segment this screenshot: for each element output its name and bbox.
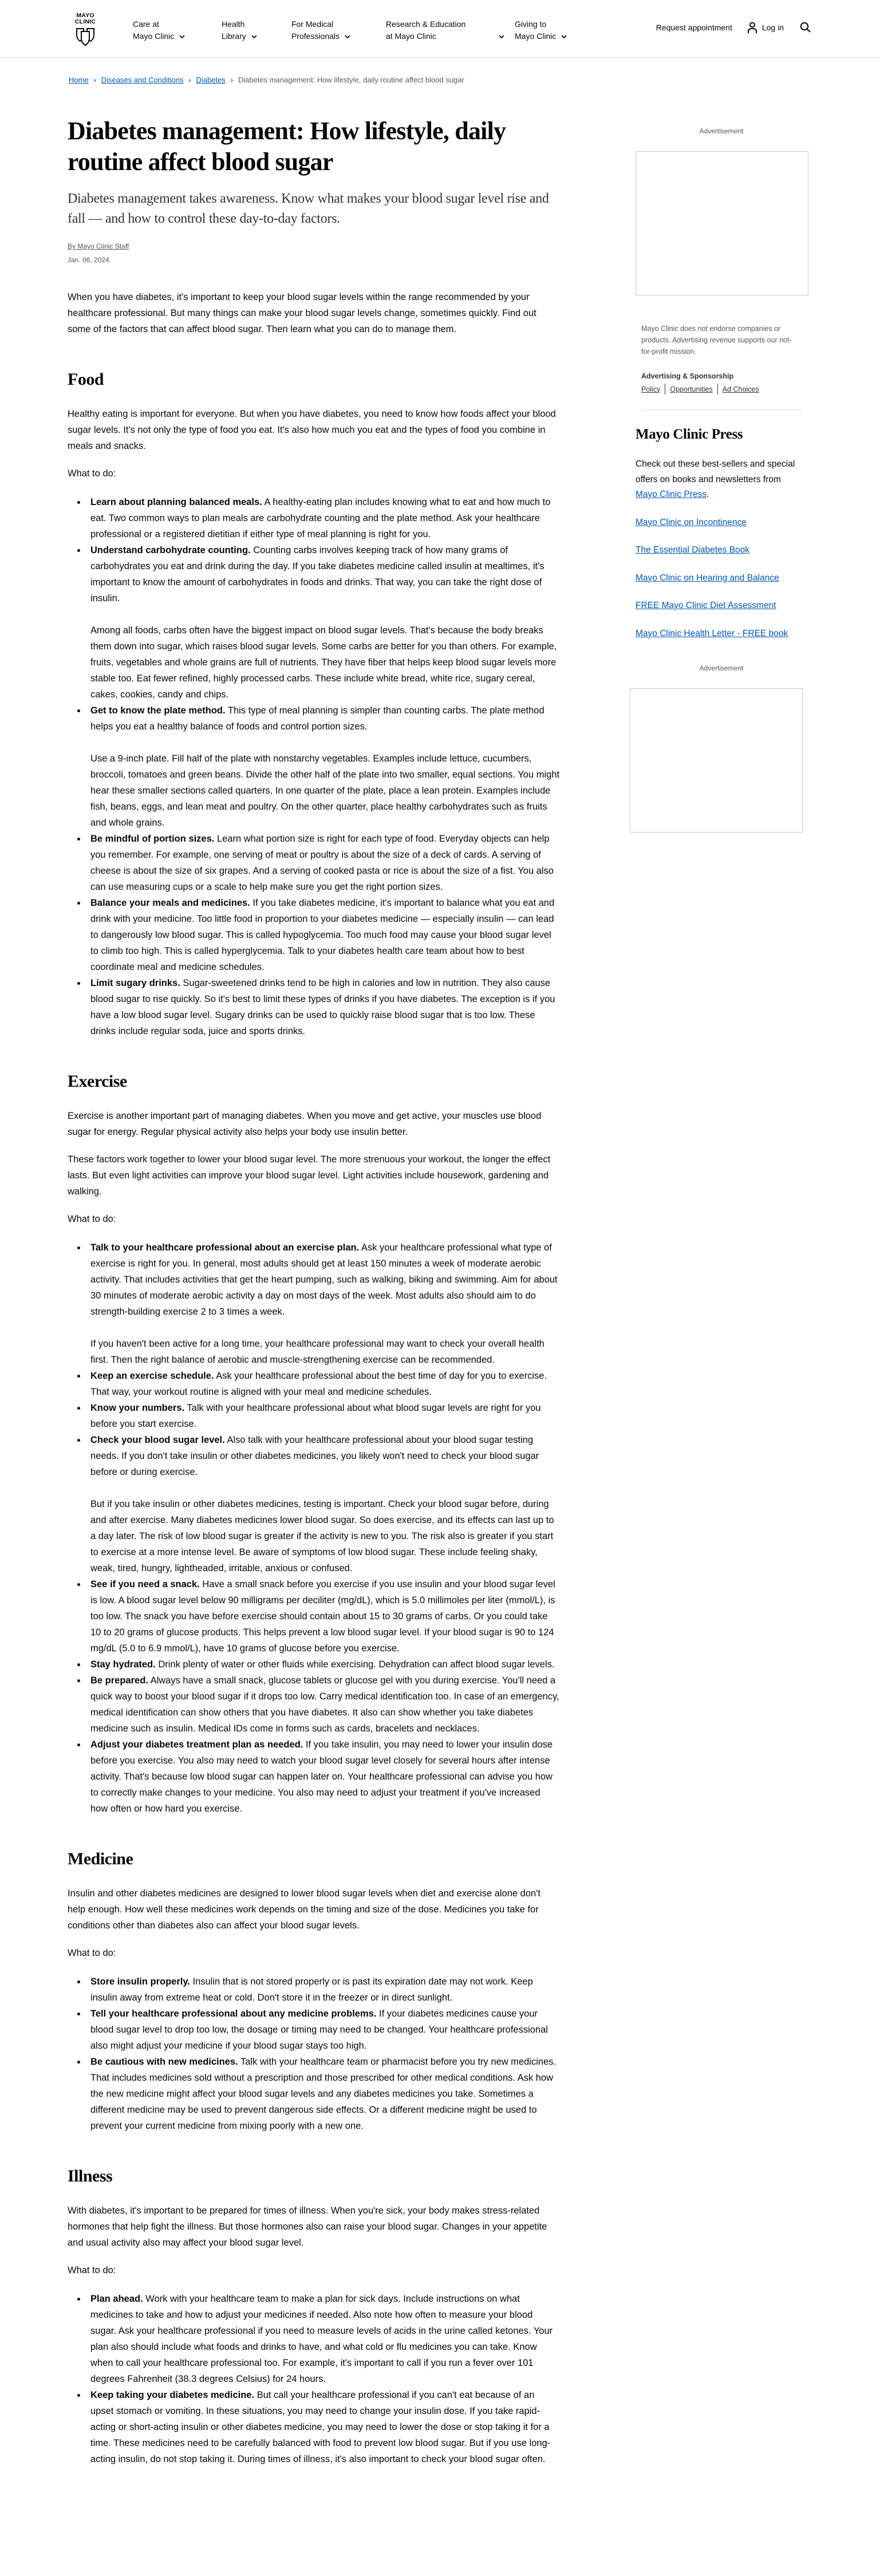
tip-title: Plan ahead. <box>90 2294 143 2304</box>
tip-title: Balance your meals and medicines. <box>90 898 250 908</box>
search-button[interactable] <box>800 22 811 33</box>
tip-text: Work with your healthcare team to make a… <box>90 2294 553 2384</box>
list-item: Get to know the plate method. This type … <box>90 703 560 831</box>
ad-opportunities-link[interactable]: Opportunities <box>670 385 712 393</box>
press-book-link[interactable]: The Essential Diabetes Book <box>636 545 749 555</box>
ad-sponsorship-title: Advertising & Sponsorship <box>636 372 807 380</box>
what-to-do-label: What to do: <box>68 466 560 482</box>
list-item: Be cautious with new medicines. Talk wit… <box>90 2054 560 2134</box>
section-paragraph: These factors work together to lower you… <box>68 1151 560 1200</box>
tip-extra-paragraph: But if you take insulin or other diabete… <box>90 1496 560 1576</box>
page-title: Diabetes management: How lifestyle, dail… <box>68 116 560 177</box>
list-item: Know your numbers. Talk with your health… <box>90 1400 560 1432</box>
nav-label-line2: Mayo Clinic <box>515 30 556 42</box>
article-dek: Diabetes management takes awareness. Kno… <box>68 189 560 229</box>
ad-disclaimer: Mayo Clinic does not endorse companies o… <box>636 323 802 357</box>
chevron-right-icon: › <box>231 76 233 84</box>
tips-list: Talk to your healthcare professional abo… <box>68 1240 560 1817</box>
mayo-clinic-logo[interactable]: MAYO CLINIC <box>71 13 100 46</box>
ad-links: Policy Opportunities Ad Choices <box>636 384 807 395</box>
what-to-do-label: What to do: <box>68 1945 560 1961</box>
request-appointment-link[interactable]: Request appointment <box>656 23 732 32</box>
ad-policy-link[interactable]: Policy <box>641 385 660 393</box>
tip-text: Have a small snack before you exercise i… <box>90 1579 555 1654</box>
section-paragraph: Exercise is another important part of ma… <box>68 1108 560 1140</box>
main-nav: Care atMayo Clinic HealthLibrary For Med… <box>133 18 606 42</box>
nav-health-library[interactable]: HealthLibrary <box>222 18 291 42</box>
tip-title: Check your blood sugar level. <box>90 1435 225 1445</box>
section-heading: Medicine <box>68 1849 560 1869</box>
breadcrumb-current: Diabetes management: How lifestyle, dail… <box>238 76 464 84</box>
shields-icon <box>75 27 96 46</box>
breadcrumb-diseases-and-conditions[interactable]: Diseases and Conditions <box>101 76 184 84</box>
intro-paragraph: When you have diabetes, it's important t… <box>68 289 560 337</box>
list-item: Balance your meals and medicines. If you… <box>90 895 560 975</box>
ad-label: Advertisement <box>636 664 807 672</box>
article-sections: FoodHealthy eating is important for ever… <box>68 369 560 2467</box>
nav-label-line2: Professionals <box>291 30 340 42</box>
list-item: The Essential Diabetes Book <box>636 543 802 558</box>
list-item: Be prepared. Always have a small snack, … <box>90 1672 560 1737</box>
press-links: Mayo Clinic on Incontinence The Essentia… <box>636 515 807 642</box>
chevron-down-icon <box>499 34 504 40</box>
tip-title: Store insulin properly. <box>90 1977 190 1987</box>
list-item: Talk to your healthcare professional abo… <box>90 1240 560 1368</box>
list-item: Be mindful of portion sizes. Learn what … <box>90 831 560 895</box>
tip-title: Learn about planning balanced meals. <box>90 497 262 507</box>
list-item: Mayo Clinic on Hearing and Balance <box>636 571 802 586</box>
nav-label-line1: Giving to <box>515 18 556 30</box>
nav-label-line1: Health <box>222 18 246 30</box>
tip-title: Be cautious with new medicines. <box>90 2057 238 2067</box>
search-icon <box>800 22 811 33</box>
login-label: Log in <box>762 23 784 32</box>
list-item: Learn about planning balanced meals. A h… <box>90 494 560 542</box>
section-paragraph: Insulin and other diabetes medicines are… <box>68 1885 560 1934</box>
list-item: Stay hydrated. Drink plenty of water or … <box>90 1656 560 1672</box>
nav-for-medical-professionals[interactable]: For MedicalProfessionals <box>291 18 386 42</box>
tip-extra-paragraph: Among all foods, carbs often have the bi… <box>90 622 560 703</box>
list-item: Keep taking your diabetes medicine. But … <box>90 2387 560 2467</box>
list-item: FREE Mayo Clinic Diet Assessment <box>636 598 802 614</box>
tip-title: See if you need a snack. <box>90 1579 200 1589</box>
sidebar: Advertisement Mayo Clinic does not endor… <box>636 127 807 833</box>
tips-list: Store insulin properly. Insulin that is … <box>68 1974 560 2134</box>
tip-title: Keep taking your diabetes medicine. <box>90 2390 254 2400</box>
tip-text: Always have a small snack, glucose table… <box>90 1675 559 1734</box>
what-to-do-label: What to do: <box>68 2262 560 2278</box>
tip-text: Ask your healthcare professional what ty… <box>90 1242 558 1317</box>
tip-title: Understand carbohydrate counting. <box>90 545 251 555</box>
tip-title: Limit sugary drinks. <box>90 978 180 988</box>
list-item: Store insulin properly. Insulin that is … <box>90 1974 560 2006</box>
ad-choices-link[interactable]: Ad Choices <box>723 385 759 393</box>
nav-label-line2: at Mayo Clinic <box>386 30 465 42</box>
nav-label-line1: For Medical <box>291 18 340 30</box>
tip-title: Adjust your diabetes treatment plan as n… <box>90 1739 303 1750</box>
nav-research-education[interactable]: Research & Educationat Mayo Clinic <box>386 18 515 42</box>
list-item: Keep an exercise schedule. Ask your heal… <box>90 1368 560 1400</box>
list-item: Limit sugary drinks. Sugar-sweetened dri… <box>90 975 560 1039</box>
tips-list: Plan ahead. Work with your healthcare te… <box>68 2291 560 2467</box>
byline-link[interactable]: By Mayo Clinic Staff <box>68 242 129 250</box>
list-item: See if you need a snack. Have a small sn… <box>90 1576 560 1656</box>
ad-label: Advertisement <box>636 127 807 135</box>
logo-text-line2: CLINIC <box>75 19 96 25</box>
tip-text: If you take diabetes medicine, it's impo… <box>90 898 554 972</box>
mayo-clinic-press: Mayo Clinic Press Check out these best-s… <box>636 426 807 641</box>
tip-title: Tell your healthcare professional about … <box>90 2009 376 2019</box>
press-intro: Check out these best-sellers and special… <box>636 457 802 503</box>
list-item: Mayo Clinic Health Letter - FREE book <box>636 626 802 642</box>
section-heading: Illness <box>68 2166 560 2187</box>
tip-title: Keep an exercise schedule. <box>90 1371 214 1381</box>
press-book-link[interactable]: Mayo Clinic on Incontinence <box>636 518 747 527</box>
breadcrumb: Home › Diseases and Conditions › Diabete… <box>69 76 464 84</box>
tip-title: Talk to your healthcare professional abo… <box>90 1242 359 1253</box>
tip-text: Talk with your healthcare team or pharma… <box>90 2057 556 2131</box>
section-heading: Food <box>68 369 560 390</box>
article: Diabetes management: How lifestyle, dail… <box>68 116 560 2473</box>
chevron-right-icon: › <box>189 76 191 84</box>
press-book-link[interactable]: Mayo Clinic on Hearing and Balance <box>636 573 779 583</box>
site-header: MAYO CLINIC Care atMayo Clinic HealthLib… <box>0 0 880 58</box>
press-book-link[interactable]: Mayo Clinic Health Letter - FREE book <box>636 629 788 638</box>
press-link[interactable]: Mayo Clinic Press <box>636 490 707 499</box>
tip-extra-paragraph: Use a 9-inch plate. Fill half of the pla… <box>90 751 560 831</box>
tip-title: Stay hydrated. <box>90 1659 156 1670</box>
nav-label-line1: Research & Education <box>386 18 465 30</box>
advertisement-slot[interactable] <box>636 151 808 295</box>
press-intro-text: Check out these best-sellers and special… <box>636 459 795 484</box>
divider <box>665 384 665 395</box>
login-button[interactable]: Log in <box>747 22 784 33</box>
nav-care-at-mayo-clinic[interactable]: Care atMayo Clinic <box>133 18 222 42</box>
section-heading: Exercise <box>68 1071 560 1092</box>
advertisement-slot[interactable] <box>630 688 803 833</box>
nav-label-line1: Care at <box>133 18 174 30</box>
list-item: Understand carbohydrate counting. Counti… <box>90 542 560 703</box>
tip-title: Be prepared. <box>90 1675 148 1686</box>
breadcrumb-home[interactable]: Home <box>69 76 89 84</box>
divider <box>717 384 718 395</box>
byline: By Mayo Clinic Staff <box>68 242 560 251</box>
list-item: Mayo Clinic on Incontinence <box>636 515 802 531</box>
chevron-down-icon <box>251 34 257 40</box>
what-to-do-label: What to do: <box>68 1211 560 1227</box>
tip-title: Know your numbers. <box>90 1403 184 1413</box>
tip-text: If you take insulin, you may need to low… <box>90 1739 553 1814</box>
tips-list: Learn about planning balanced meals. A h… <box>68 494 560 1039</box>
section-paragraph: Healthy eating is important for everyone… <box>68 406 560 454</box>
breadcrumb-diabetes[interactable]: Diabetes <box>196 76 226 84</box>
press-book-link[interactable]: FREE Mayo Clinic Diet Assessment <box>636 601 776 610</box>
tip-title: Be mindful of portion sizes. <box>90 834 214 844</box>
tip-title: Get to know the plate method. <box>90 705 226 716</box>
press-intro-suffix: . <box>707 490 709 499</box>
list-item: Adjust your diabetes treatment plan as n… <box>90 1737 560 1817</box>
user-icon <box>747 22 757 33</box>
tip-text: Drink plenty of water or other fluids wh… <box>158 1659 554 1670</box>
chevron-right-icon: › <box>94 76 96 84</box>
nav-label-line2: Mayo Clinic <box>133 30 174 42</box>
chevron-down-icon <box>345 34 350 40</box>
chevron-down-icon <box>179 34 185 40</box>
header-actions: Request appointment Log in <box>656 22 811 33</box>
nav-label-line2: Library <box>222 30 246 42</box>
chevron-down-icon <box>561 34 567 40</box>
divider <box>641 409 803 410</box>
list-item: Plan ahead. Work with your healthcare te… <box>90 2291 560 2387</box>
section-paragraph: With diabetes, it's important to be prep… <box>68 2203 560 2251</box>
list-item: Check your blood sugar level. Also talk … <box>90 1432 560 1576</box>
tip-text: But call your healthcare professional if… <box>90 2390 550 2464</box>
press-title: Mayo Clinic Press <box>636 426 807 443</box>
tip-extra-paragraph: If you haven't been active for a long ti… <box>90 1336 560 1368</box>
publish-date: Jan. 06, 2024 <box>68 256 560 264</box>
list-item: Tell your healthcare professional about … <box>90 2006 560 2054</box>
nav-giving-to-mayo-clinic[interactable]: Giving toMayo Clinic <box>515 18 606 42</box>
